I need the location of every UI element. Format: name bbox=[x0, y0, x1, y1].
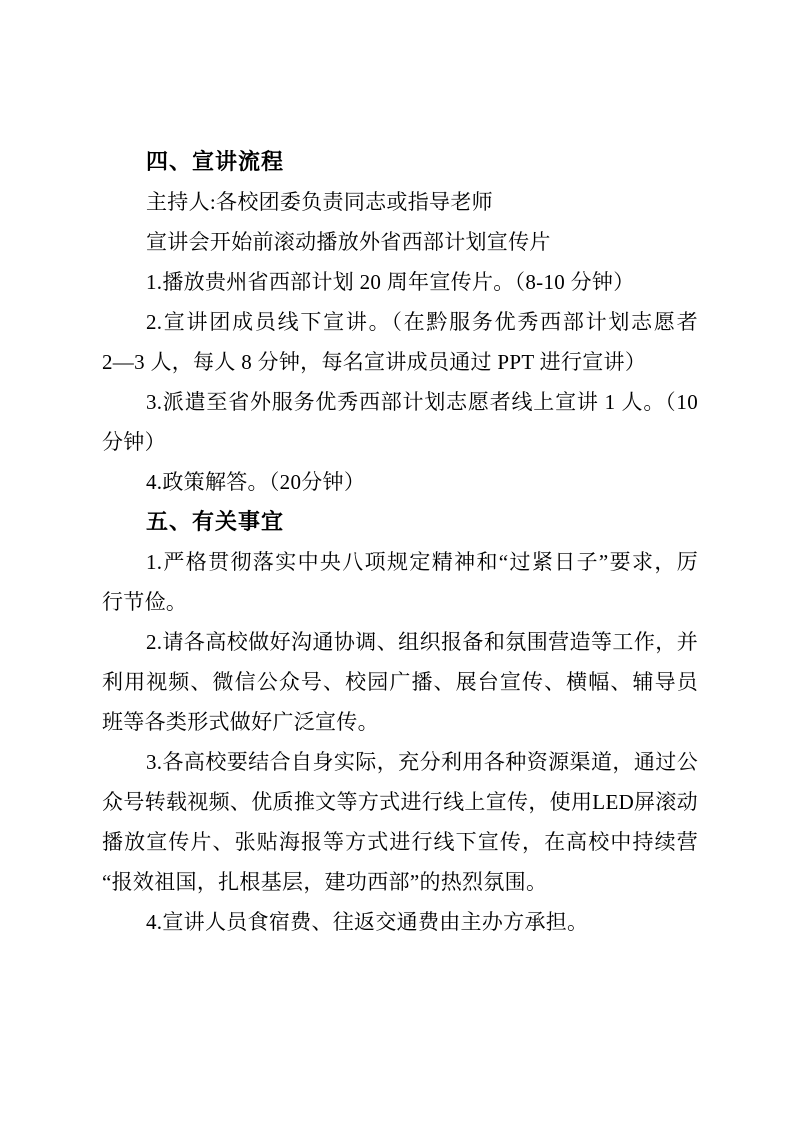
note-4: 4.宣讲人员食宿费、往返交通费由主办方承担。 bbox=[102, 902, 698, 942]
note-3-line3: 播放宣传片、张贴海报等方式进行线下宣传，在高校中持续营造 bbox=[102, 822, 698, 862]
document-body: 四、宣讲流程 主持人:各校团委负责同志或指导老师 宣讲会开始前滚动播放外省西部计… bbox=[102, 142, 698, 942]
flow-item-2-line1: 2.宣讲团成员线下宣讲。（在黔服务优秀西部计划志愿者 bbox=[102, 302, 698, 342]
flow-item-2-line2: 2—3 人，每人 8 分钟，每名宣讲成员通过 PPT 进行宣讲） bbox=[102, 342, 698, 382]
flow-item-1: 1.播放贵州省西部计划 20 周年宣传片。（8-10 分钟） bbox=[102, 262, 698, 302]
document-page: 四、宣讲流程 主持人:各校团委负责同志或指导老师 宣讲会开始前滚动播放外省西部计… bbox=[0, 0, 793, 1122]
flow-item-3-line1: 3.派遣至省外服务优秀西部计划志愿者线上宣讲 1 人。（10 bbox=[102, 382, 698, 422]
flow-item-4: 4.政策解答。（20分钟） bbox=[102, 462, 698, 502]
note-2-line1: 2.请各高校做好沟通协调、组织报备和氛围营造等工作，并 bbox=[102, 622, 698, 662]
section4-heading: 四、宣讲流程 bbox=[102, 142, 698, 182]
flow-item-3-line2: 分钟） bbox=[102, 422, 698, 462]
note-2-line3: 班等各类形式做好广泛宣传。 bbox=[102, 702, 698, 742]
note-3-line1: 3.各高校要结合自身实际，充分利用各种资源渠道，通过公 bbox=[102, 742, 698, 782]
intro-line: 宣讲会开始前滚动播放外省西部计划宣传片 bbox=[102, 222, 698, 262]
note-2-line2: 利用视频、微信公众号、校园广播、展台宣传、横幅、辅导员进 bbox=[102, 662, 698, 702]
host-line: 主持人:各校团委负责同志或指导老师 bbox=[102, 182, 698, 222]
section5-heading: 五、有关事宜 bbox=[102, 502, 698, 542]
note-1-line2: 行节俭。 bbox=[102, 582, 698, 622]
note-1-line1: 1.严格贯彻落实中央八项规定精神和“过紧日子”要求，厉 bbox=[102, 542, 698, 582]
note-3-line2: 众号转载视频、优质推文等方式进行线上宣传，使用LED屏滚动 bbox=[102, 782, 698, 822]
note-3-line4: “报效祖国，扎根基层，建功西部”的热烈氛围。 bbox=[102, 862, 698, 902]
